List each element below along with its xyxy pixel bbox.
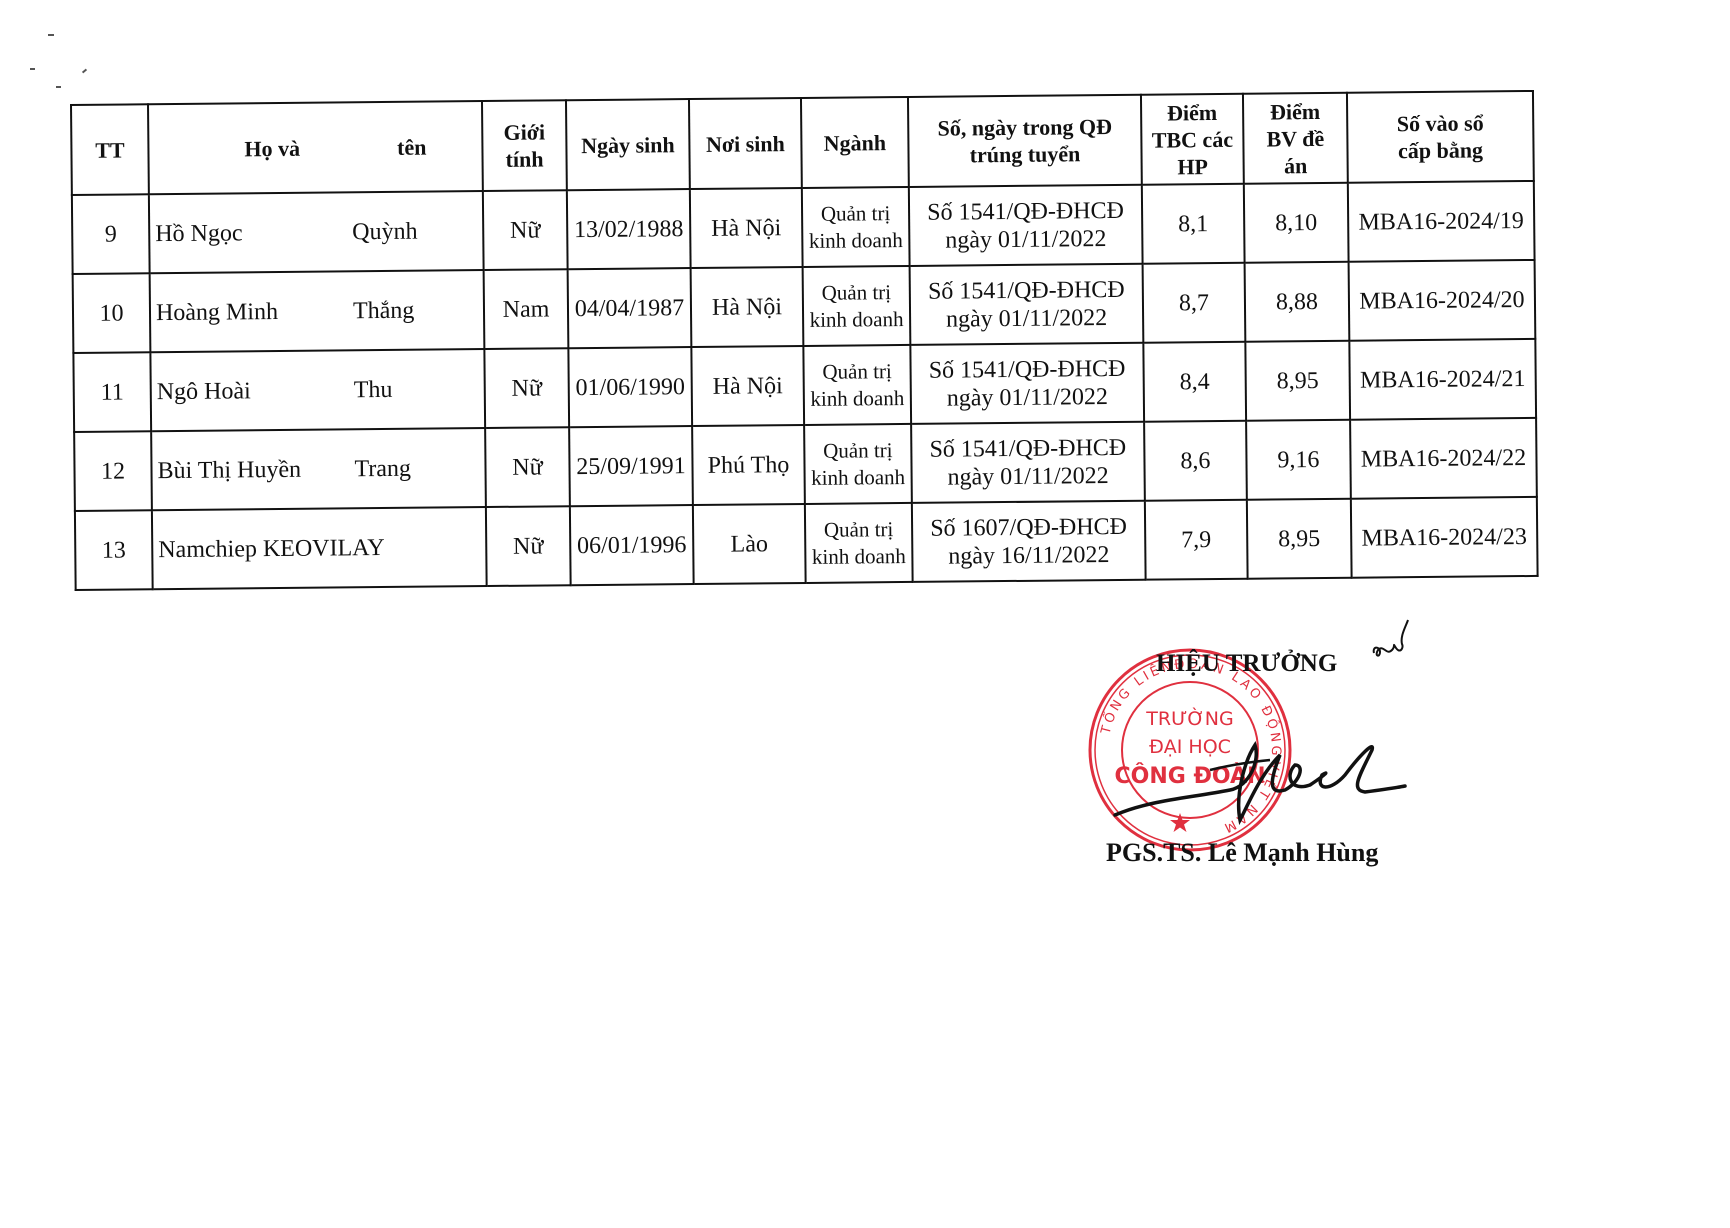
decision-date: ngày 01/11/2022 (911, 303, 1142, 333)
header-gpa: Điểm TBC các HP (1141, 94, 1244, 185)
decision-number: Số 1541/QĐ-ĐHCĐ (910, 196, 1141, 226)
cell-tt: 13 (75, 510, 153, 590)
table-row: 12Bùi Thị HuyềnTrangNữ25/09/1991Phú ThọQ… (74, 418, 1537, 511)
cell-dob: 13/02/1988 (567, 189, 691, 269)
table-row: 11Ngô HoàiThuNữ01/06/1990Hà NộiQuản trịk… (73, 339, 1536, 432)
cell-ho: Ngô Hoài (157, 377, 251, 406)
cell-admission-decision: Số 1541/QĐ-ĐHCĐngày 01/11/2022 (911, 422, 1145, 503)
cell-certificate-number: MBA16-2024/22 (1350, 418, 1537, 499)
cell-ho: Hồ Ngọc (155, 219, 243, 248)
major-line-2: kinh doanh (804, 305, 909, 333)
cell-thesis-score: 8,95 (1247, 499, 1352, 579)
cell-gender: Nam (484, 269, 569, 349)
cell-admission-decision: Số 1541/QĐ-ĐHCĐngày 01/11/2022 (909, 185, 1143, 266)
cell-thesis-score: 8,95 (1245, 341, 1350, 421)
cell-gender: Nữ (486, 506, 571, 586)
table-row: 13Namchiep KEOVILAYNữ06/01/1996LàoQuản t… (75, 497, 1538, 590)
cell-gpa: 8,1 (1142, 184, 1245, 264)
decision-number: Số 1541/QĐ-ĐHCĐ (911, 354, 1142, 384)
header-admission-decision: Số, ngày trong QĐ trúng tuyển (908, 95, 1142, 187)
cell-major: Quản trịkinh doanh (802, 187, 910, 267)
cell-dob: 04/04/1987 (568, 268, 692, 348)
cell-gpa: 8,6 (1144, 421, 1247, 501)
initials-mark (1370, 618, 1410, 668)
header-major: Ngành (801, 97, 909, 188)
cell-admission-decision: Số 1541/QĐ-ĐHCĐngày 01/11/2022 (910, 264, 1144, 345)
cell-full-name: Namchiep KEOVILAY (152, 507, 487, 589)
table-row: 9Hồ NgọcQuỳnhNữ13/02/1988Hà NộiQuản trịk… (72, 181, 1535, 274)
header-tt: TT (71, 104, 149, 195)
major-line-1: Quản trị (806, 515, 911, 543)
major-line-1: Quản trị (805, 436, 910, 464)
graduates-table-container: TT Họ và tên Giới tính Ngày sinh Nơi sin… (70, 90, 1537, 591)
header-full-name: Họ và tên (148, 101, 483, 194)
decision-number: Số 1541/QĐ-ĐHCĐ (912, 433, 1143, 463)
signer-name: PGS.TS. Lê Mạnh Hùng (1106, 838, 1378, 868)
header-birthplace: Nơi sinh (689, 98, 802, 189)
cell-certificate-number: MBA16-2024/19 (1348, 181, 1535, 262)
cell-ten: Quỳnh (352, 217, 482, 246)
cell-full-name: Hồ NgọcQuỳnh (149, 191, 484, 273)
cell-gpa: 7,9 (1145, 500, 1248, 580)
cell-major: Quản trịkinh doanh (805, 503, 913, 583)
cell-major: Quản trịkinh doanh (804, 424, 912, 504)
cell-thesis-score: 8,10 (1244, 183, 1349, 263)
cell-certificate-number: MBA16-2024/21 (1349, 339, 1536, 420)
cell-birthplace: Phú Thọ (692, 425, 805, 505)
graduates-table: TT Họ và tên Giới tính Ngày sinh Nơi sin… (70, 90, 1539, 591)
handwritten-signature (1110, 720, 1410, 840)
header-gender: Giới tính (482, 100, 567, 191)
cell-ten: Thắng (353, 296, 483, 325)
cell-dob: 25/09/1991 (569, 426, 693, 506)
cell-birthplace: Hà Nội (690, 188, 803, 268)
major-line-2: kinh doanh (803, 226, 908, 254)
cell-certificate-number: MBA16-2024/23 (1351, 497, 1538, 578)
cell-admission-decision: Số 1541/QĐ-ĐHCĐngày 01/11/2022 (910, 343, 1144, 424)
document-page: TT Họ và tên Giới tính Ngày sinh Nơi sin… (0, 0, 1730, 1228)
major-line-1: Quản trị (803, 199, 908, 227)
decision-date: ngày 01/11/2022 (912, 461, 1143, 491)
major-line-1: Quản trị (804, 278, 909, 306)
major-line-2: kinh doanh (805, 463, 910, 491)
header-thesis-score: Điểm BV đề án (1243, 93, 1348, 184)
decision-date: ngày 01/11/2022 (910, 224, 1141, 254)
decision-number: Số 1541/QĐ-ĐHCĐ (911, 275, 1142, 305)
cell-full-name: Bùi Thị HuyềnTrang (151, 428, 486, 510)
header-ten: tên (397, 133, 427, 160)
cell-certificate-number: MBA16-2024/20 (1349, 260, 1536, 341)
decision-date: ngày 01/11/2022 (912, 382, 1143, 412)
cell-thesis-score: 8,88 (1245, 262, 1350, 342)
cell-admission-decision: Số 1607/QĐ-ĐHCĐngày 16/11/2022 (912, 501, 1146, 582)
cell-birthplace: Lào (693, 504, 806, 584)
header-dob: Ngày sinh (566, 99, 690, 190)
cell-major: Quản trịkinh doanh (803, 266, 911, 346)
cell-gender: Nữ (485, 427, 570, 507)
cell-gender: Nữ (484, 348, 569, 428)
decision-number: Số 1607/QĐ-ĐHCĐ (913, 512, 1144, 542)
cell-birthplace: Hà Nội (691, 267, 804, 347)
cell-tt: 11 (73, 352, 151, 432)
table-header-row: TT Họ và tên Giới tính Ngày sinh Nơi sin… (71, 91, 1534, 195)
cell-dob: 06/01/1996 (570, 505, 694, 585)
cell-tt: 10 (73, 273, 151, 353)
major-line-1: Quản trị (804, 357, 909, 385)
cell-dob: 01/06/1990 (568, 347, 692, 427)
cell-full-name: Ngô HoàiThu (150, 349, 485, 431)
cell-gender: Nữ (483, 190, 568, 270)
cell-gpa: 8,4 (1143, 342, 1246, 422)
cell-birthplace: Hà Nội (691, 346, 804, 426)
cell-major: Quản trịkinh doanh (803, 345, 911, 425)
cell-tt: 9 (72, 194, 150, 274)
scan-artifacts (20, 30, 90, 90)
cell-tt: 12 (74, 431, 152, 511)
major-line-2: kinh doanh (806, 542, 911, 570)
cell-ten: Thu (354, 375, 484, 404)
header-certificate-number: Số vào sổ cấp bằng (1347, 91, 1534, 183)
cell-gpa: 8,7 (1143, 263, 1246, 343)
major-line-2: kinh doanh (805, 384, 910, 412)
cell-ho: Namchiep KEOVILAY (158, 534, 385, 564)
cell-ho: Hoàng Minh (156, 298, 278, 327)
cell-ho: Bùi Thị Huyền (157, 455, 301, 484)
cell-ten: Trang (354, 454, 484, 483)
table-row: 10Hoàng MinhThắngNam04/04/1987Hà NộiQuản… (73, 260, 1536, 353)
signer-title: HIỆU TRƯỞNG (1156, 650, 1337, 678)
cell-thesis-score: 9,16 (1246, 420, 1351, 500)
header-ho-va: Họ và (244, 134, 300, 162)
decision-date: ngày 16/11/2022 (913, 540, 1144, 570)
cell-full-name: Hoàng MinhThắng (150, 270, 485, 352)
